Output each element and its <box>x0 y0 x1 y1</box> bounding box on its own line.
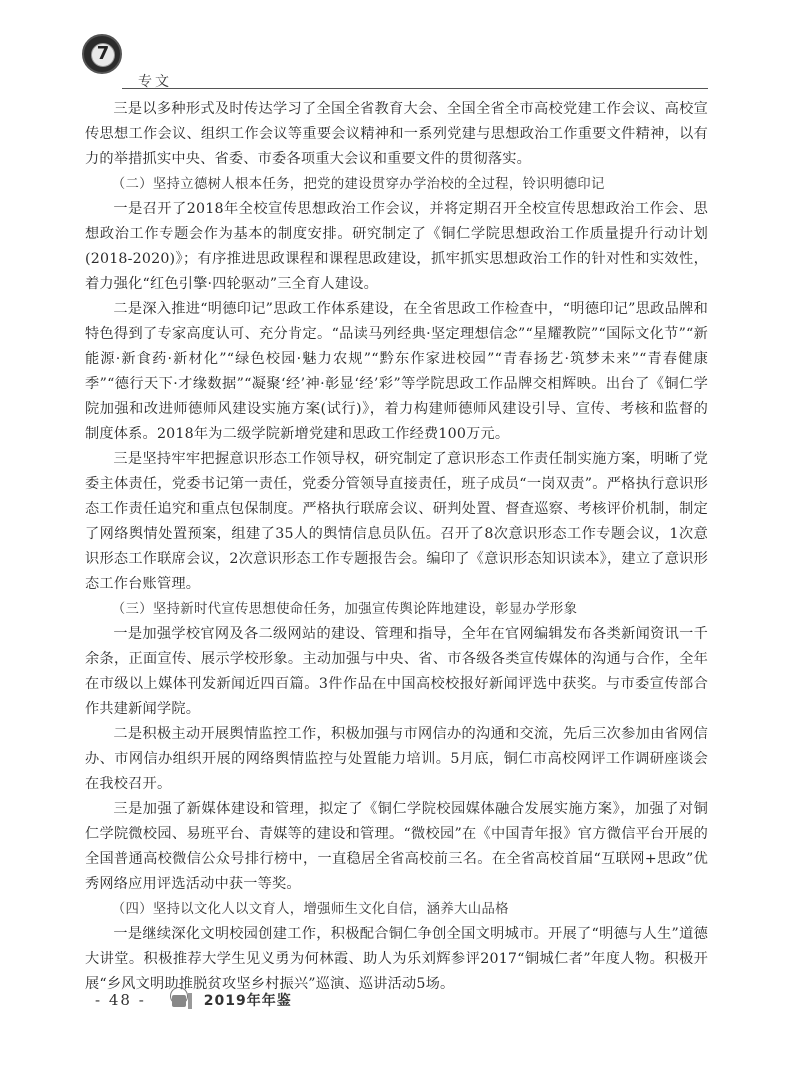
yearbook-title: 2019年年鉴 <box>204 990 292 1010</box>
article-body: 三是以多种形式及时传达学习了全国全省教育大会、全国全省全市高校党建工作会议、高校… <box>85 97 708 997</box>
page-number: - 48 - <box>95 991 146 1009</box>
paragraph: 三是坚持牢牢把握意识形态工作领导权，研究制定了意识形态工作责任制实施方案，明晰了… <box>85 447 708 597</box>
page-footer: - 48 - 2019年年鉴 <box>95 985 292 1015</box>
section-heading: （二）坚持立德树人根本任务，把党的建设贯穿办学治校的全过程，铃识明德印记 <box>85 172 708 197</box>
paragraph: 一是加强学校官网及各二级网站的建设、管理和指导，全年在官网编辑发布各类新闻资讯一… <box>85 622 708 722</box>
paragraph: 一是召开了2018年全校宣传思想政治工作会议，并将定期召开全校宣传思想政治工作会… <box>85 197 708 297</box>
university-seal-icon: 7 <box>82 34 122 74</box>
section-heading: （三）坚持新时代宣传思想使命任务，加强宣传舆论阵地建设，彰显办学形象 <box>85 597 708 622</box>
page-header: 7 专文 <box>0 0 793 95</box>
paragraph: 三是以多种形式及时传达学习了全国全省教育大会、全国全省全市高校党建工作会议、高校… <box>85 97 708 172</box>
paragraph: 三是加强了新媒体建设和管理，拟定了《铜仁学院校园媒体融合发展实施方案》，加强了对… <box>85 797 708 897</box>
header-rule <box>122 88 708 89</box>
paragraph: 二是积极主动开展舆情监控工作，积极加强与市网信办的沟通和交流，先后三次参加由省网… <box>85 722 708 797</box>
yearbook-emblem-icon <box>168 987 198 1013</box>
paragraph: 二是深入推进“明德印记”思政工作体系建设，在全省思政工作检查中，“明德印记”思政… <box>85 297 708 447</box>
section-heading: （四）坚持以文化人以文育人，增强师生文化自信，涵养大山品格 <box>85 897 708 922</box>
